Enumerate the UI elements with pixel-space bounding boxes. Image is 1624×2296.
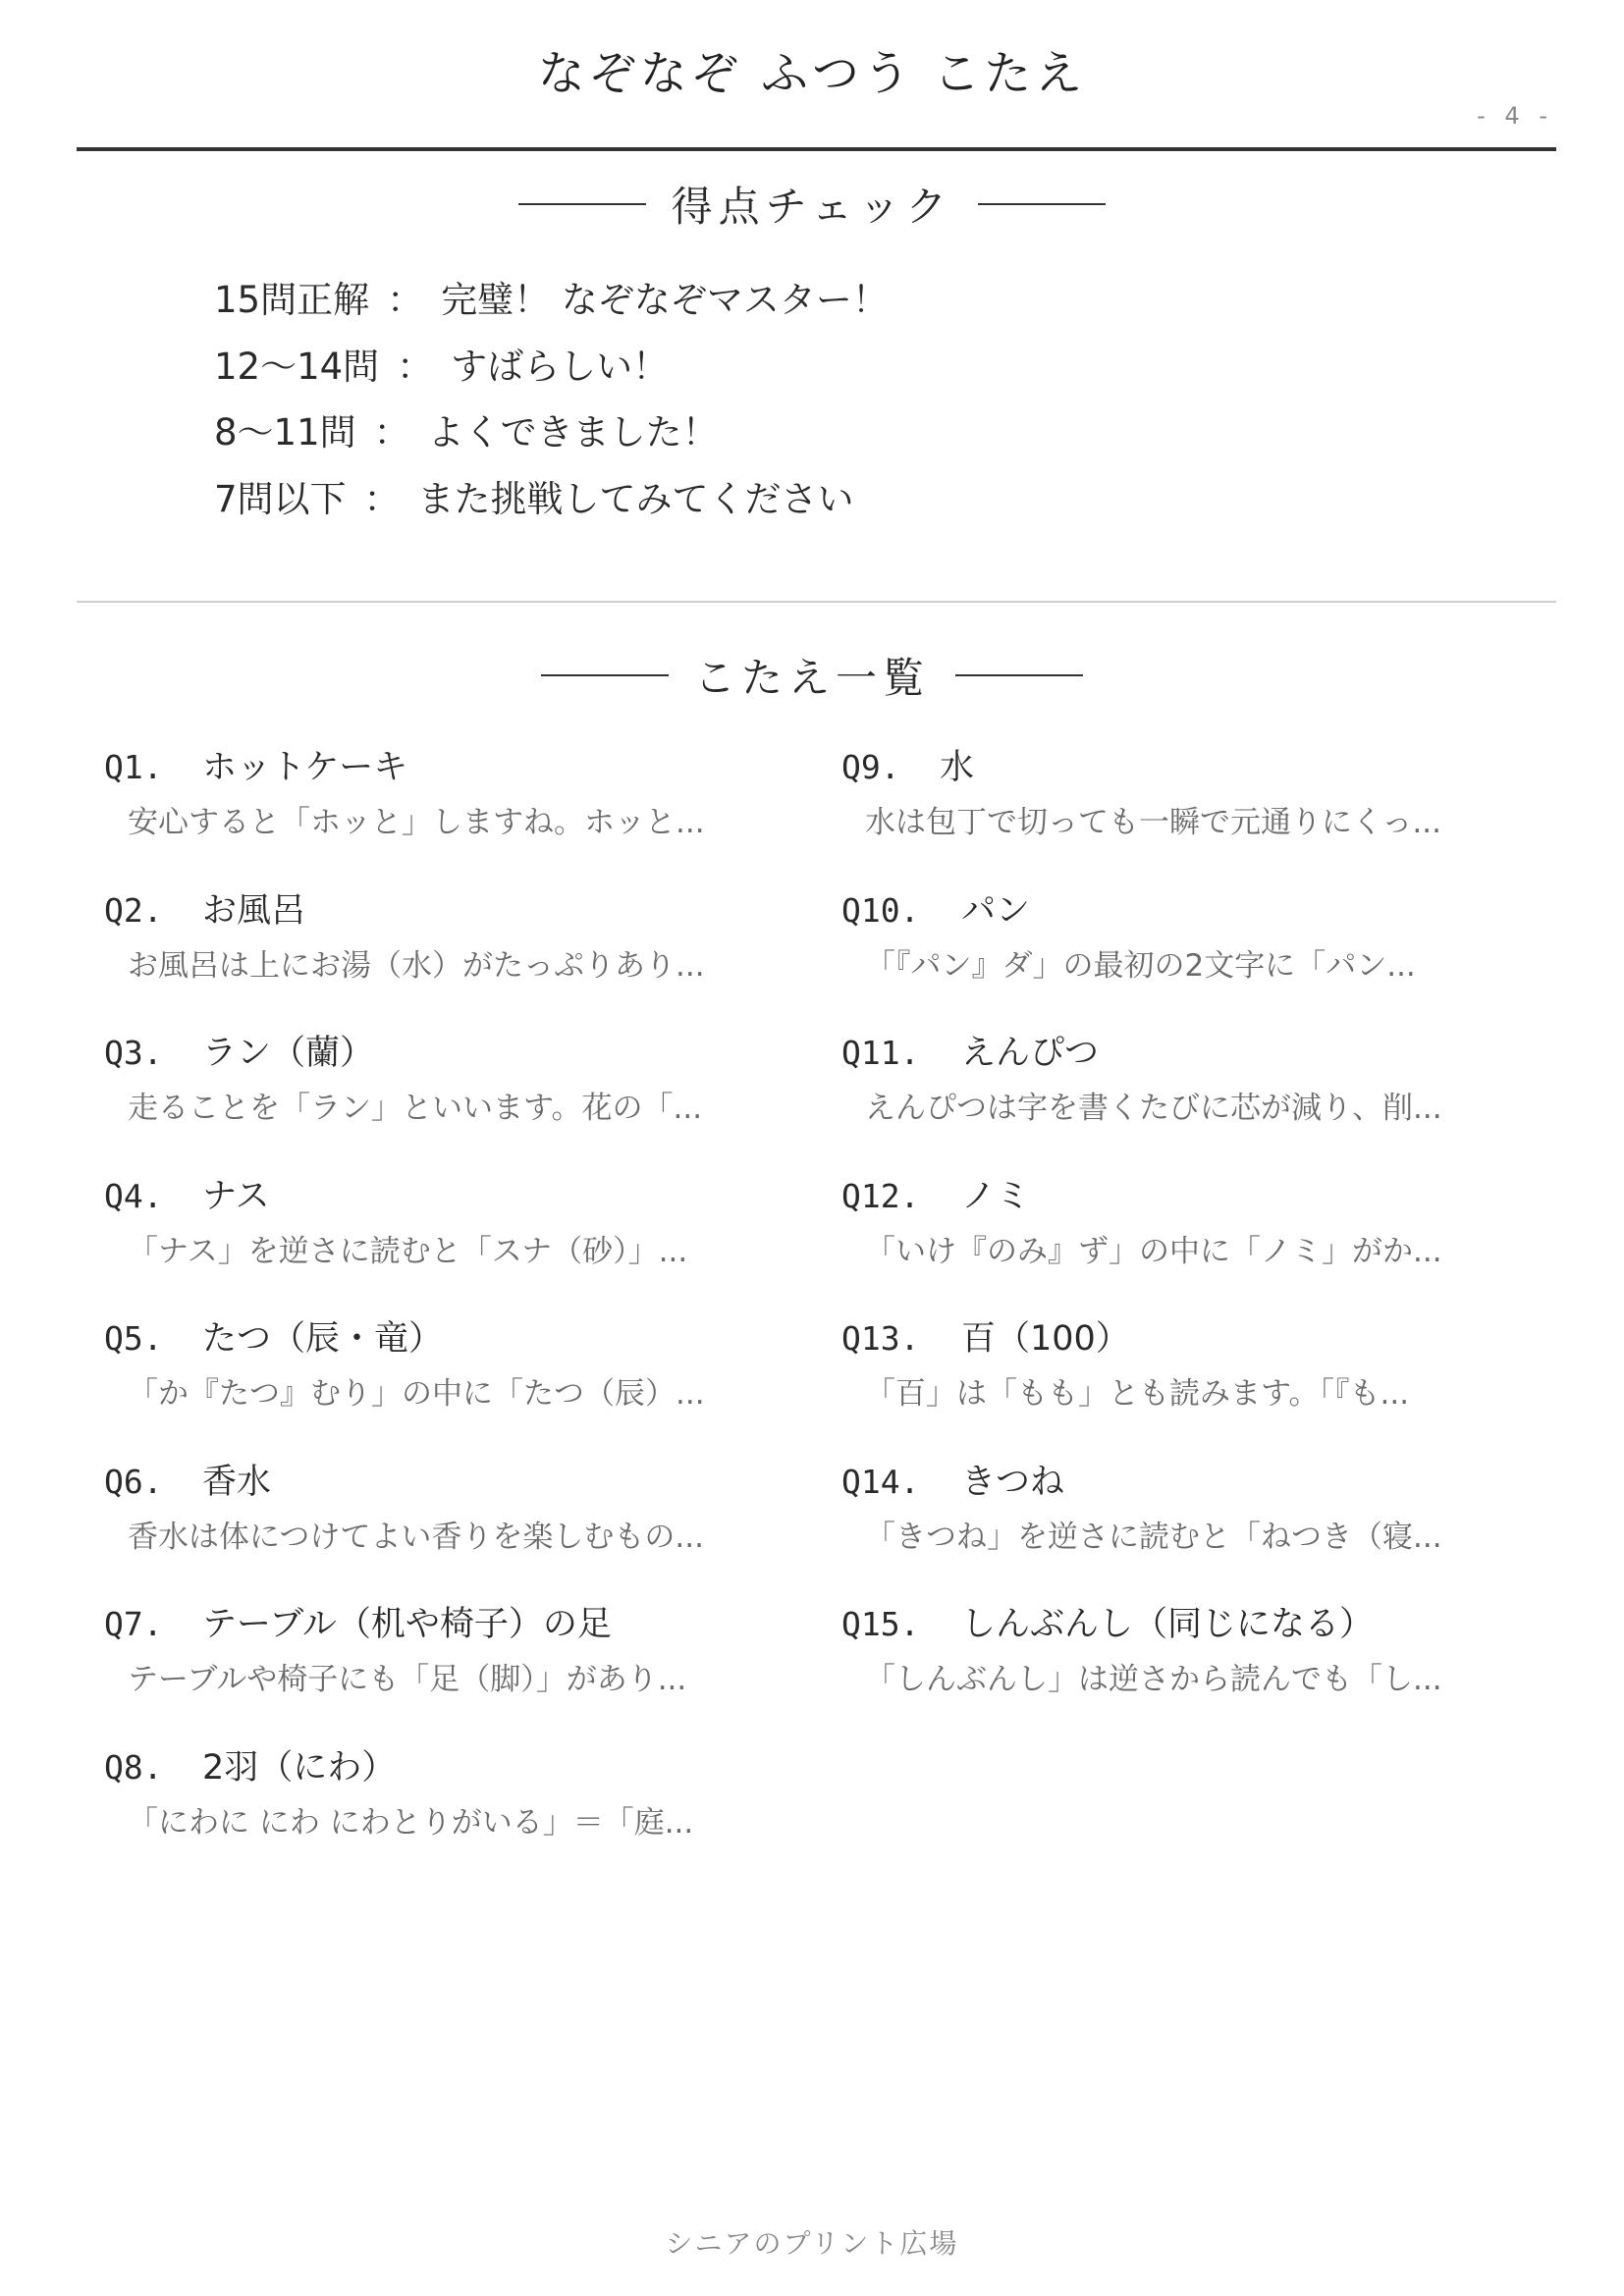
answer-explanation: 「ナス」を逆さに読むと「スナ（砂）」...	[104, 1232, 791, 1271]
answer-text: お風呂	[202, 889, 305, 933]
score-separator: ：	[364, 472, 401, 527]
heading-dash-right	[978, 203, 1106, 205]
section-divider	[77, 601, 1556, 603]
answer-text: 水	[940, 746, 974, 789]
answer-explanation: 「にわに にわ にわとりがいる」＝「庭...	[104, 1803, 791, 1842]
header-divider	[77, 147, 1556, 151]
answer-item: Q3.ラン（蘭） 走ることを「ラン」といいます。花の「...	[104, 1032, 791, 1175]
answer-item: Q1.ホットケーキ 安心すると「ホッと」しますね。ホッと...	[104, 746, 791, 889]
answer-item: Q9.水 水は包丁で切っても一瞬で元通りにくっ...	[841, 746, 1529, 889]
score-range: 12〜14問	[214, 340, 379, 395]
question-number: Q1.	[104, 746, 202, 789]
answer-text: 2羽（にわ）	[202, 1746, 396, 1789]
answer-item: Q12.ノミ 「いけ『のみ』ず」の中に「ノミ」がか...	[841, 1175, 1529, 1318]
question-number: Q5.	[104, 1317, 202, 1361]
answer-item: Q4.ナス 「ナス」を逆さに読むと「スナ（砂）」...	[104, 1175, 791, 1318]
answer-item: Q15.しんぶんし（同じになる） 「しんぶんし」は逆さから読んでも「し...	[841, 1603, 1529, 1746]
answer-item: Q5.たつ（辰・竜） 「か『たつ』むり」の中に「たつ（辰）...	[104, 1317, 791, 1461]
answer-explanation: テーブルや椅子にも「足（脚）」があり...	[104, 1660, 791, 1699]
answer-text: ホットケーキ	[202, 746, 407, 789]
answer-text: 百（100）	[961, 1317, 1130, 1361]
score-row: 7問以下：また挑戦してみてください	[214, 472, 889, 539]
page-title: なぞなぞ ふつう こたえ	[0, 35, 1624, 103]
question-number: Q7.	[104, 1603, 202, 1646]
score-separator: ：	[387, 273, 423, 328]
answers-heading-label: こたえ一覧	[694, 646, 930, 705]
answer-item: Q14.きつね 「きつね」を逆さに読むと「ねつき（寝...	[841, 1461, 1529, 1604]
answers-heading: こたえ一覧	[0, 646, 1624, 705]
score-range: 8〜11問	[214, 405, 356, 460]
answer-explanation: 「か『たつ』むり」の中に「たつ（辰）...	[104, 1374, 791, 1414]
question-number: Q13.	[841, 1317, 961, 1361]
answer-text: ナス	[202, 1175, 270, 1218]
question-number: Q2.	[104, 889, 202, 933]
score-separator: ：	[397, 340, 433, 395]
score-message: 完璧！ なぞなぞマスター！	[441, 279, 889, 321]
answer-text: えんぴつ	[961, 1032, 1099, 1075]
answer-item: Q8.2羽（にわ） 「にわに にわ にわとりがいる」＝「庭...	[104, 1746, 791, 1890]
question-number: Q10.	[841, 889, 961, 933]
answer-item: Q10.パン 「『パン』ダ」の最初の2文字に「パン...	[841, 889, 1529, 1033]
score-row: 8〜11問：よくできました！	[214, 405, 889, 472]
answer-column-right: Q9.水 水は包丁で切っても一瞬で元通りにくっ... Q10.パン 「『パン』ダ…	[841, 746, 1529, 1746]
score-check-heading-label: 得点チェック	[672, 175, 953, 234]
answer-item: Q6.香水 香水は体につけてよい香りを楽しむもの...	[104, 1461, 791, 1604]
footer-site-name: シニアのプリント広場	[0, 2222, 1624, 2262]
score-range: 15問正解	[214, 273, 369, 328]
question-number: Q14.	[841, 1461, 961, 1504]
answer-explanation: 香水は体につけてよい香りを楽しむもの...	[104, 1518, 791, 1557]
answer-text: しんぶんし（同じになる）	[961, 1603, 1374, 1646]
heading-dash-left	[541, 674, 669, 676]
score-range: 7問以下	[214, 472, 347, 527]
question-number: Q3.	[104, 1032, 202, 1075]
answer-explanation: 「『パン』ダ」の最初の2文字に「パン...	[841, 946, 1529, 986]
score-separator: ：	[374, 405, 410, 460]
answer-explanation: 安心すると「ホッと」しますね。ホッと...	[104, 803, 791, 842]
question-number: Q8.	[104, 1746, 202, 1789]
score-check-heading: 得点チェック	[0, 175, 1624, 234]
answer-text: たつ（辰・竜）	[202, 1317, 443, 1361]
answer-text: テーブル（机や椅子）の足	[202, 1603, 612, 1646]
score-message: また挑戦してみてください	[418, 478, 854, 520]
answer-explanation: 「しんぶんし」は逆さから読んでも「し...	[841, 1660, 1529, 1699]
answer-explanation: 走ることを「ラン」といいます。花の「...	[104, 1089, 791, 1128]
answer-text: 香水	[202, 1461, 271, 1504]
answer-item: Q7.テーブル（机や椅子）の足 テーブルや椅子にも「足（脚）」があり...	[104, 1603, 791, 1746]
score-message: よくできました！	[428, 411, 719, 454]
page-number: - 4 -	[1477, 102, 1553, 130]
score-row: 15問正解：完璧！ なぞなぞマスター！	[214, 273, 889, 340]
answer-text: きつね	[961, 1461, 1064, 1504]
answer-text: ノミ	[961, 1175, 1030, 1218]
question-number: Q11.	[841, 1032, 961, 1075]
answer-explanation: 水は包丁で切っても一瞬で元通りにくっ...	[841, 803, 1529, 842]
answer-explanation: えんぴつは字を書くたびに芯が減り、削...	[841, 1089, 1529, 1128]
answer-text: ラン（蘭）	[202, 1032, 374, 1075]
answer-explanation: 「いけ『のみ』ず」の中に「ノミ」がか...	[841, 1232, 1529, 1271]
answer-explanation: お風呂は上にお湯（水）がたっぷりあり...	[104, 946, 791, 986]
question-number: Q4.	[104, 1175, 202, 1218]
answer-explanation: 「きつね」を逆さに読むと「ねつき（寝...	[841, 1518, 1529, 1557]
question-number: Q12.	[841, 1175, 961, 1218]
score-message: すばらしい！	[451, 346, 669, 388]
heading-dash-right	[955, 674, 1083, 676]
question-number: Q15.	[841, 1603, 961, 1646]
score-row: 12〜14問：すばらしい！	[214, 340, 889, 406]
answer-item: Q13.百（100） 「百」は「もも」とも読みます。「『も...	[841, 1317, 1529, 1461]
question-number: Q9.	[841, 746, 940, 789]
answer-item: Q2.お風呂 お風呂は上にお湯（水）がたっぷりあり...	[104, 889, 791, 1033]
answer-text: パン	[961, 889, 1030, 933]
heading-dash-left	[518, 203, 646, 205]
question-number: Q6.	[104, 1461, 202, 1504]
answer-explanation: 「百」は「もも」とも読みます。「『も...	[841, 1374, 1529, 1414]
answer-column-left: Q1.ホットケーキ 安心すると「ホッと」しますね。ホッと... Q2.お風呂 お…	[104, 746, 791, 1889]
answer-item: Q11.えんぴつ えんぴつは字を書くたびに芯が減り、削...	[841, 1032, 1529, 1175]
score-list: 15問正解：完璧！ なぞなぞマスター！ 12〜14問：すばらしい！ 8〜11問：…	[214, 273, 889, 538]
